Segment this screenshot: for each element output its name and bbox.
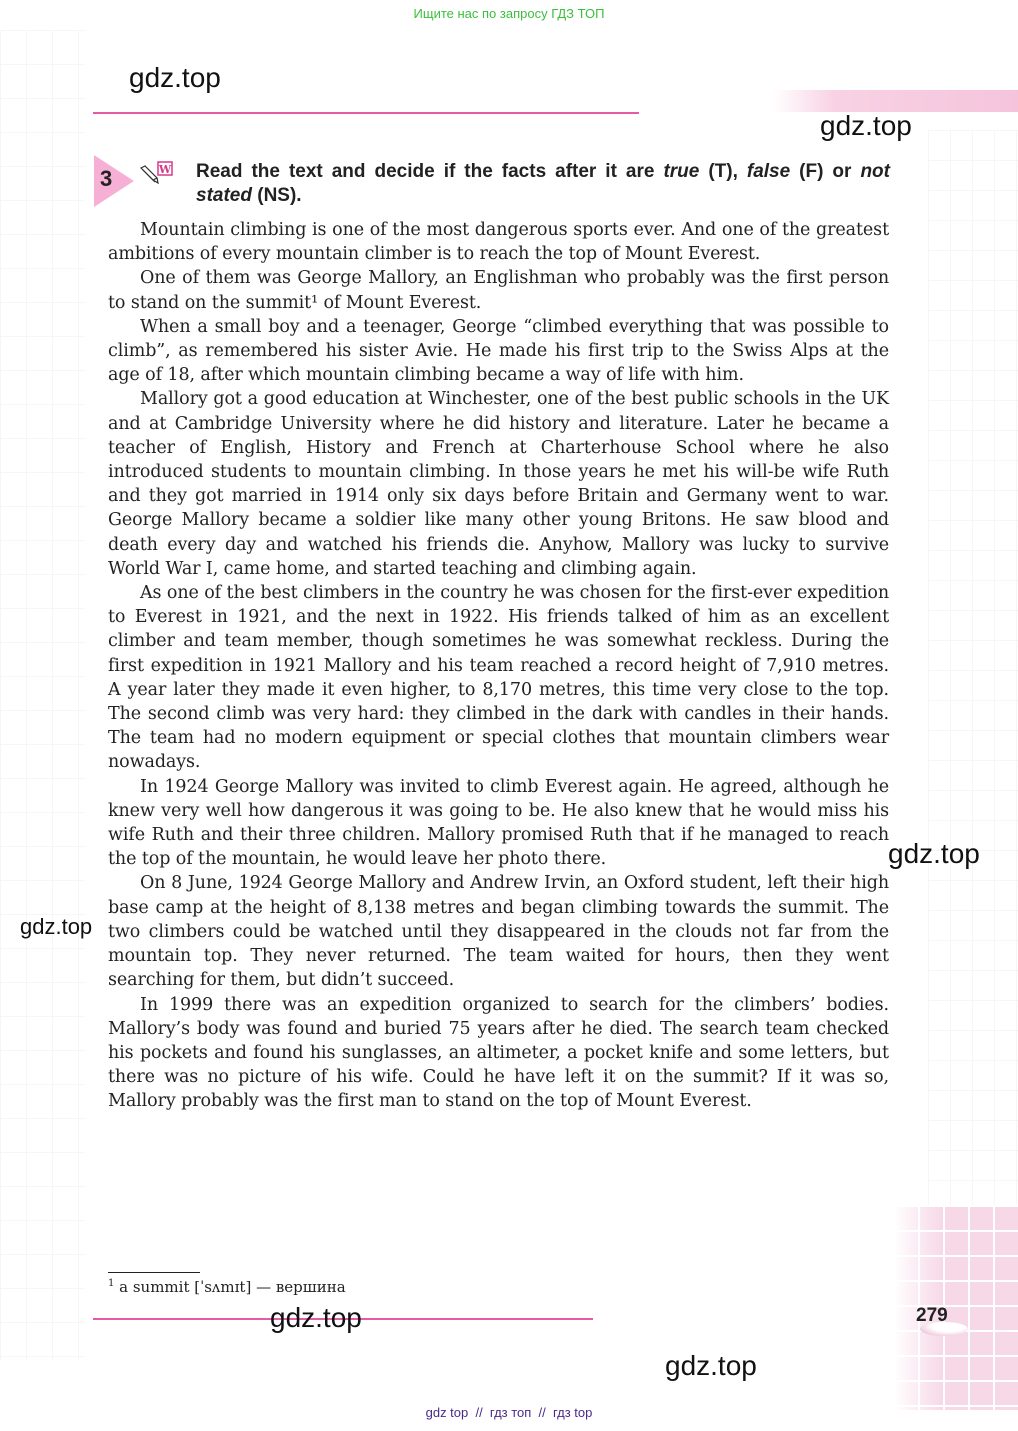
watermark: gdz.top xyxy=(888,838,980,870)
paragraph: As one of the best climbers in the count… xyxy=(108,581,889,775)
paragraph: On 8 June, 1924 George Mallory and Andre… xyxy=(108,871,889,992)
watermark: gdz.top xyxy=(820,110,912,142)
footnote-rule xyxy=(108,1272,200,1273)
header-decor-bar xyxy=(773,90,1018,112)
reading-text: Mountain climbing is one of the most dan… xyxy=(108,218,889,1114)
paragraph: In 1924 George Mallory was invited to cl… xyxy=(108,775,889,872)
bottom-links[interactable]: gdz top // гдз топ // гдз top xyxy=(0,1405,1018,1420)
pencil-writing-icon: W xyxy=(139,160,173,186)
search-banner[interactable]: Ищите нас по запросу ГДЗ ТОП xyxy=(0,6,1018,21)
footnote: 1 a summit [ˈsʌmɪt] — вершина xyxy=(108,1278,346,1296)
corner-grid-decor xyxy=(893,1205,1018,1410)
watermark: gdz.top xyxy=(270,1302,362,1334)
paragraph: Mountain climbing is one of the most dan… xyxy=(108,218,889,266)
paragraph: In 1999 there was an expedition organize… xyxy=(108,993,889,1114)
svg-text:W: W xyxy=(158,163,172,176)
paragraph: When a small boy and a teenager, George … xyxy=(108,315,889,388)
decorative-grid-left xyxy=(0,30,85,1360)
paragraph: One of them was George Mallory, an Engli… xyxy=(108,266,889,314)
watermark: gdz.top xyxy=(129,62,221,94)
header-divider xyxy=(93,112,639,114)
page-number: 279 xyxy=(916,1305,948,1327)
paragraph: Mallory got a good education at Winchest… xyxy=(108,387,889,581)
watermark: gdz.top xyxy=(665,1350,757,1382)
task-number: 3 xyxy=(100,166,112,192)
task-instruction: Read the text and decide if the facts af… xyxy=(196,160,890,208)
decorative-grid-right xyxy=(928,130,1018,1210)
watermark: gdz.top xyxy=(20,914,92,940)
